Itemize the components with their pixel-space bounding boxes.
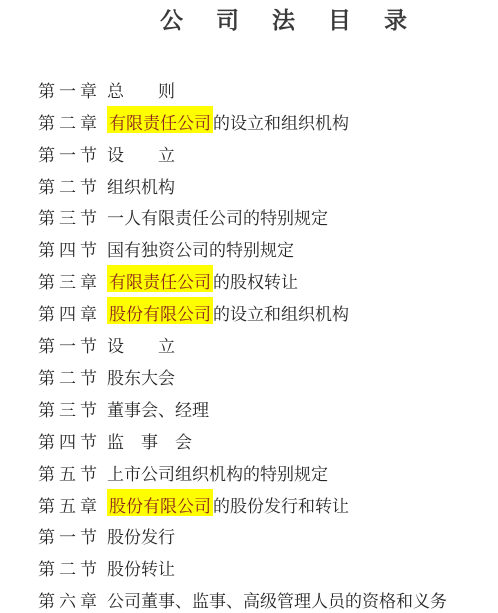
toc-entry: 第二节组织机构	[38, 172, 490, 204]
toc-entry-text: 组织机构	[107, 178, 175, 197]
toc-entry: 第四章股份有限公司的设立和组织机构	[38, 299, 490, 331]
toc-entry: 第二节股东大会	[38, 363, 490, 395]
toc-entry-content: 组织机构	[107, 178, 175, 198]
toc-entry-content: 股份有限公司的设立和组织机构	[107, 305, 349, 325]
toc-entry: 第一节设 立	[38, 140, 490, 172]
toc-entry-content: 国有独资公司的特别规定	[107, 241, 294, 261]
toc-entry-content: 股份转让	[107, 560, 175, 580]
toc-entry: 第二章有限责任公司的设立和组织机构	[38, 108, 490, 140]
toc-entry-content: 股份有限公司的股份发行和转让	[107, 497, 349, 517]
toc-entry-label: 第四节	[38, 241, 107, 261]
toc-entry-label: 第四节	[38, 433, 107, 453]
toc-entry-text: 股份转让	[107, 560, 175, 579]
toc-entry-label: 第五章	[38, 497, 107, 517]
toc-entry-label: 第三节	[38, 401, 107, 421]
toc-entry-text: 一人有限责任公司的特别规定	[107, 209, 328, 228]
toc-entry-content: 有限责任公司的设立和组织机构	[107, 114, 349, 134]
toc-entry-label: 第六章	[38, 592, 107, 612]
toc-entry-content: 董事会、经理	[107, 401, 209, 421]
toc-entry-text: 董事会、经理	[107, 401, 209, 420]
toc-highlighted-term: 有限责任公司	[107, 273, 213, 292]
toc-entry-content: 一人有限责任公司的特别规定	[107, 209, 328, 229]
toc-entry: 第三节一人有限责任公司的特别规定	[38, 204, 490, 236]
toc-entry: 第五节上市公司组织机构的特别规定	[38, 459, 490, 491]
toc-entry-content: 总 则	[107, 82, 175, 102]
toc-entry: 第一节设 立	[38, 331, 490, 363]
toc-entry-label: 第一节	[38, 337, 107, 357]
toc-entry-content: 有限责任公司的股权转让	[107, 273, 298, 293]
toc-entry-label: 第二章	[38, 114, 107, 134]
toc-entry-content: 监 事 会	[107, 433, 192, 453]
toc-entry-content: 设 立	[107, 146, 175, 166]
toc-entry-text: 的设立和组织机构	[213, 305, 349, 324]
toc-entry-label: 第一节	[38, 528, 107, 548]
toc-entry: 第一节股份发行	[38, 522, 490, 554]
toc-highlighted-term: 股份有限公司	[107, 305, 213, 324]
toc-highlighted-term: 有限责任公司	[107, 114, 213, 133]
toc-entry-label: 第五节	[38, 465, 107, 485]
toc-entry-text: 的设立和组织机构	[213, 114, 349, 133]
toc-entry-text: 国有独资公司的特别规定	[107, 241, 294, 260]
toc-entry-label: 第二节	[38, 560, 107, 580]
toc-entry-content: 上市公司组织机构的特别规定	[107, 465, 328, 485]
toc-entry-text: 监 事 会	[107, 433, 192, 452]
toc-entry: 第一章总 则	[38, 76, 490, 108]
toc-entry-text: 设 立	[107, 337, 175, 356]
toc-entry: 第五章股份有限公司的股份发行和转让	[38, 491, 490, 523]
toc-entry: 第六章公司董事、监事、高级管理人员的资格和义务	[38, 586, 490, 613]
toc-entry: 第三章有限责任公司的股权转让	[38, 267, 490, 299]
toc-entry-content: 股东大会	[107, 369, 175, 389]
toc-entry-content: 设 立	[107, 337, 175, 357]
toc-entry-text: 上市公司组织机构的特别规定	[107, 465, 328, 484]
toc-entry-label: 第二节	[38, 178, 107, 198]
toc-entry-text: 的股份发行和转让	[213, 497, 349, 516]
table-of-contents: 第一章总 则第二章有限责任公司的设立和组织机构第一节设 立第二节组织机构第三节一…	[38, 76, 490, 613]
toc-entry-label: 第三节	[38, 209, 107, 229]
toc-entry-label: 第四章	[38, 305, 107, 325]
toc-entry: 第四节监 事 会	[38, 427, 490, 459]
toc-entry-content: 股份发行	[107, 528, 175, 548]
toc-entry-text: 设 立	[107, 146, 175, 165]
toc-entry-text: 股东大会	[107, 369, 175, 388]
toc-entry-text: 总 则	[107, 82, 175, 101]
toc-entry-content: 公司董事、监事、高级管理人员的资格和义务	[107, 592, 447, 612]
toc-highlighted-term: 股份有限公司	[107, 497, 213, 516]
toc-entry-label: 第三章	[38, 273, 107, 293]
page-title: 公司法目录	[160, 8, 440, 33]
toc-entry-text: 股份发行	[107, 528, 175, 547]
toc-entry: 第二节股份转让	[38, 554, 490, 586]
toc-entry-text: 公司董事、监事、高级管理人员的资格和义务	[107, 592, 447, 611]
toc-entry-label: 第一章	[38, 82, 107, 102]
toc-entry: 第三节董事会、经理	[38, 395, 490, 427]
toc-entry-label: 第一节	[38, 146, 107, 166]
toc-entry-text: 的股权转让	[213, 273, 298, 292]
toc-entry-label: 第二节	[38, 369, 107, 389]
toc-entry: 第四节国有独资公司的特别规定	[38, 235, 490, 267]
